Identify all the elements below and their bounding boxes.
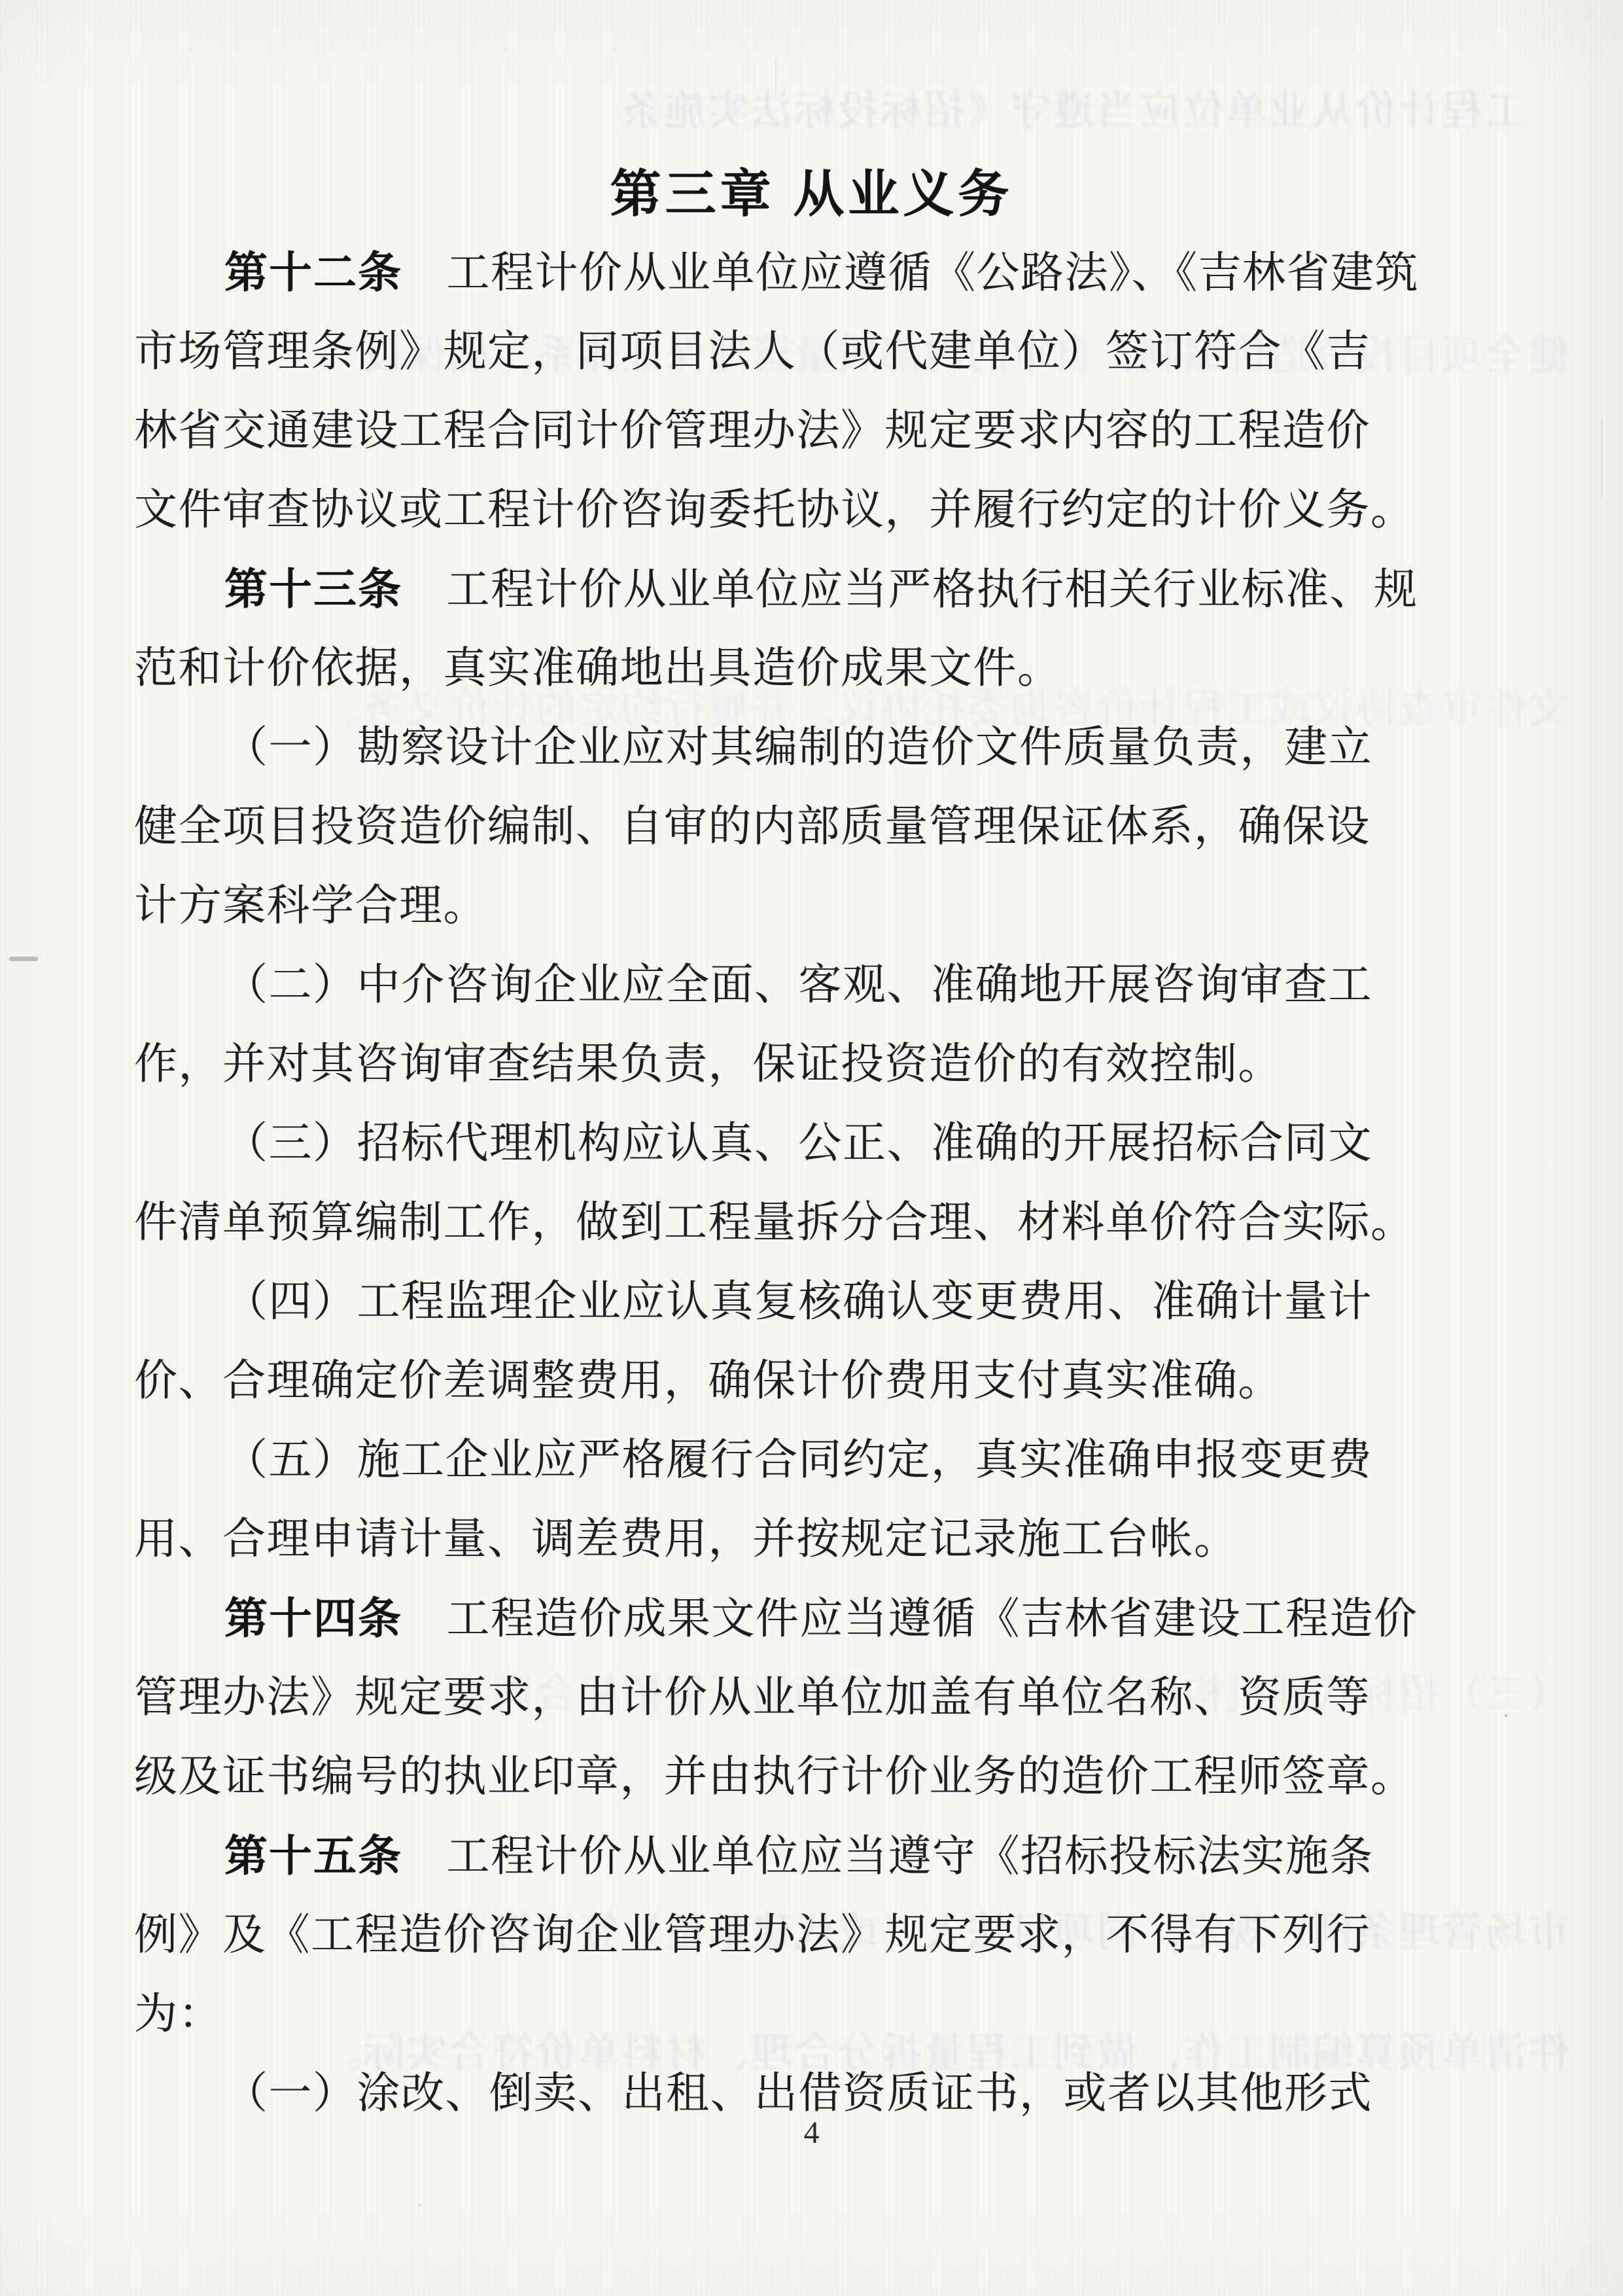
body-line: 第十四条 工程造价成果文件应当遵循《吉林省建设工程造价	[134, 1579, 1514, 1658]
body-line: 价、合理确定价差调整费用，确保计价费用支付真实准确。	[134, 1341, 1514, 1421]
body-line: 例》及《工程造价咨询企业管理办法》规定要求，不得有下列行	[134, 1896, 1514, 1975]
scan-speck	[9, 957, 38, 961]
scan-speck	[1601, 419, 1603, 497]
body-line: （一）勘察设计企业应对其编制的造价文件质量负责，建立	[134, 708, 1514, 787]
document-page: 工程计价从业单位应当遵守《招标投标法实施条 健全项目投资造价编制、自审的内部质量…	[0, 0, 1623, 2296]
body-line: 用、合理申请计量、调差费用，并按规定记录施工台帐。	[134, 1500, 1514, 1579]
document-body: 第十二条 工程计价从业单位应遵循《公路法》、《吉林省建筑 市场管理条例》规定，同…	[134, 233, 1514, 2133]
scan-speck	[775, 59, 777, 98]
body-line: 计方案科学合理。	[134, 866, 1514, 945]
body-line: 第十三条 工程计价从业单位应当严格执行相关行业标准、规	[134, 550, 1514, 629]
body-line: 范和计价依据，真实准确地出具造价成果文件。	[134, 629, 1514, 708]
body-line: 健全项目投资造价编制、自审的内部质量管理保证体系，确保设	[134, 787, 1514, 866]
body-line: 为：	[134, 1975, 1514, 2054]
chapter-heading: 第三章 从业义务	[0, 153, 1623, 226]
article-number: 第十二条	[224, 248, 402, 296]
article-number: 第十五条	[224, 1831, 402, 1880]
body-line: （五）施工企业应严格履行合同约定，真实准确申报变更费	[134, 1421, 1514, 1500]
scan-speck	[419, 2204, 421, 2206]
article-number: 第十四条	[224, 1594, 402, 1642]
body-line: 文件审查协议或工程计价咨询委托协议，并履行约定的计价义务。	[134, 470, 1514, 550]
body-line: 管理办法》规定要求，由计价从业单位加盖有单位名称、资质等	[134, 1658, 1514, 1737]
body-line: （四）工程监理企业应认真复核确认变更费用、准确计量计	[134, 1262, 1514, 1341]
body-line: 林省交通建设工程合同计价管理办法》规定要求内容的工程造价	[134, 391, 1514, 470]
body-line: 作，并对其咨询审查结果负责，保证投资造价的有效控制。	[134, 1025, 1514, 1104]
body-line: 市场管理条例》规定，同项目法人（或代建单位）签订符合《吉	[134, 312, 1514, 391]
body-line: 第十五条 工程计价从业单位应当遵守《招标投标法实施条	[134, 1816, 1514, 1896]
bleedthrough-text: 工程计价从业单位应当遵守《招标投标法实施条	[98, 77, 1570, 137]
article-number: 第十三条	[224, 565, 402, 613]
body-line: （三）招标代理机构应认真、公正、准确的开展招标合同文	[134, 1104, 1514, 1183]
body-line: （二）中介咨询企业应全面、客观、准确地开展咨询审查工	[134, 945, 1514, 1025]
body-line: 第十二条 工程计价从业单位应遵循《公路法》、《吉林省建筑	[134, 233, 1514, 312]
body-line: 级及证书编号的执业印章，并由执行计价业务的造价工程师签章。	[134, 1737, 1514, 1816]
page-number: 4	[0, 2115, 1623, 2151]
body-line: 件清单预算编制工作，做到工程量拆分合理、材料单价符合实际。	[134, 1183, 1514, 1262]
